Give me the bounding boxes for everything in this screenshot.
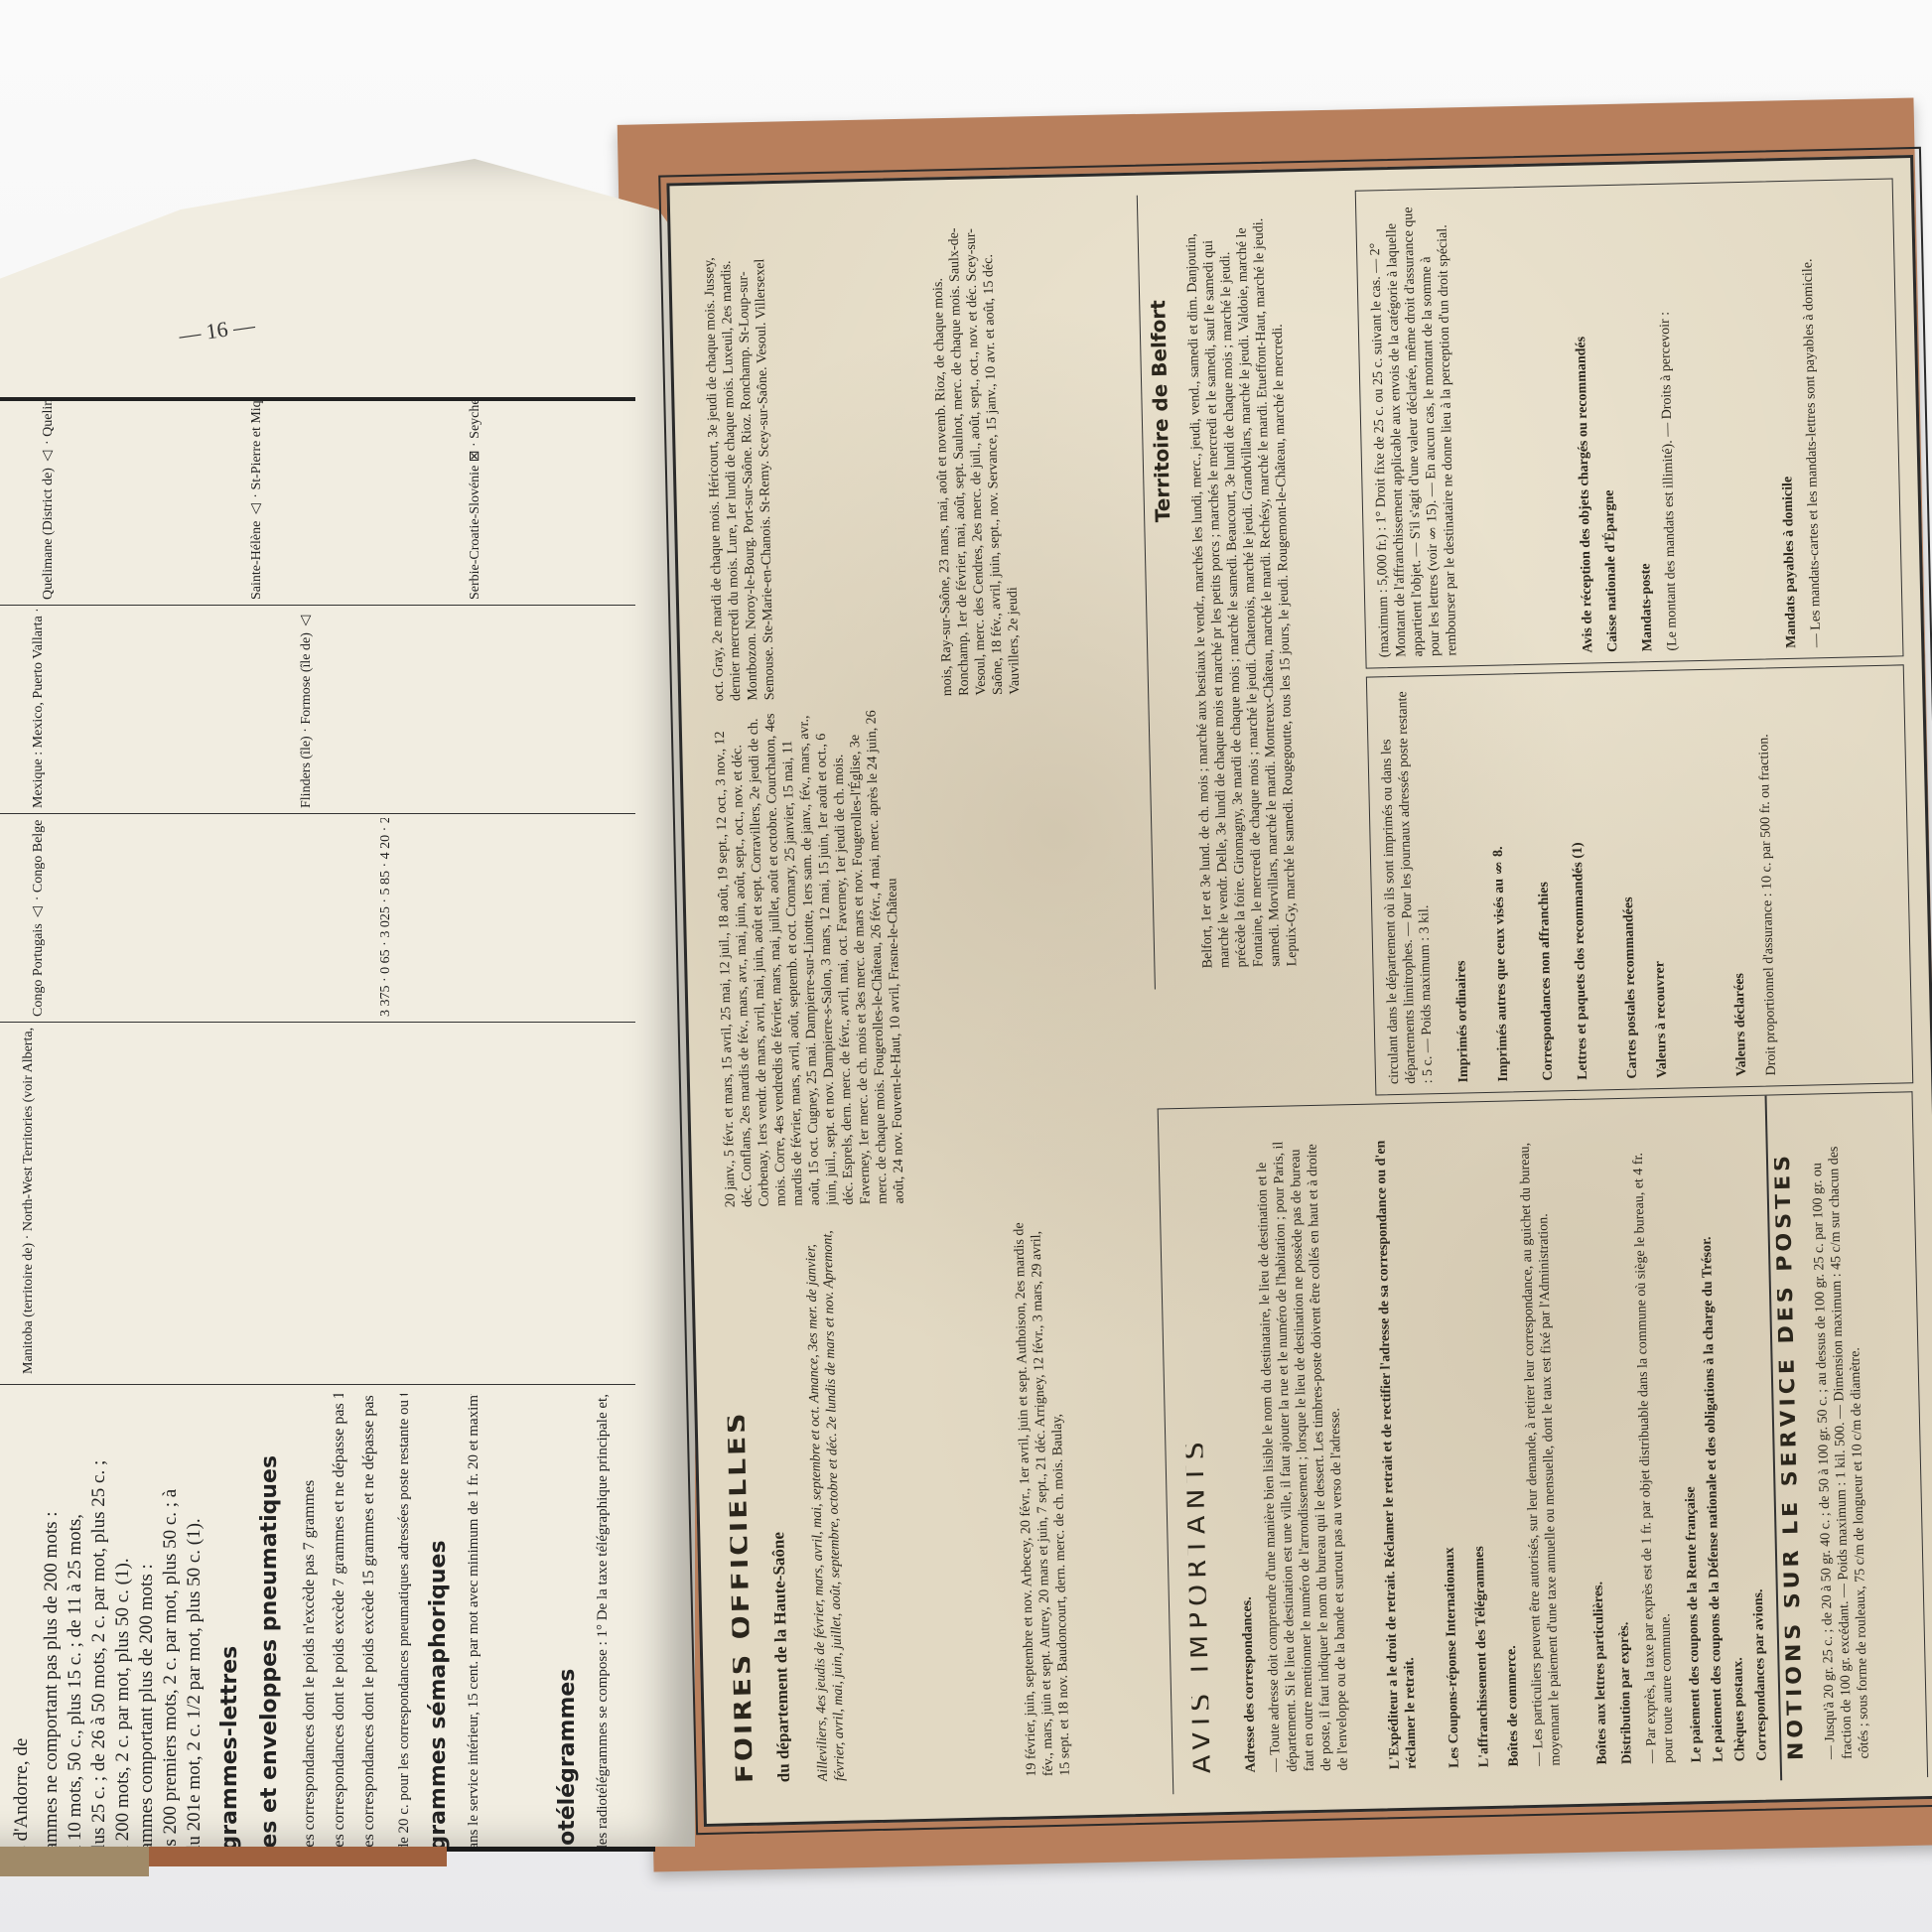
telegram-rates-6: Pour les 200 premiers mots, 2 c. par mot… (159, 1404, 183, 1900)
rule-caisse-epargne: Caisse nationale d'Épargne (1594, 196, 1621, 652)
foires-title: FOIRES OFFICIELLES (723, 1227, 753, 1783)
avis-item-coupons: Les Coupons-réponse Internationaux (1432, 1133, 1463, 1768)
telegram-rates-1: Télégrammes ne comportant pas plus de 20… (40, 1404, 64, 1900)
country-table-row-2: Mexique : Mexico, Puerto Vallarta · Midw… (0, 610, 635, 814)
country-table-row-1: Quelimane (District de) △ · Quelimane · … (0, 401, 635, 606)
heading-pneumatiques: Cartes et enveloppes pneumatiques (258, 1404, 282, 1900)
foires-entry: mois, Ray-sur-Saône, 23 mars, mai, août … (928, 215, 1128, 696)
right-page: FOIRES OFFICIELLES du département de la … (666, 155, 1932, 1827)
foires-entry: oct. Gray, 2e mardi de chaque mois. Héri… (700, 220, 929, 702)
pneumatique-row-a: A Pour les correspondances dont le poids… (298, 1404, 322, 1900)
rates-col: 3 375 · 0 65 · 3 025 · 5 85 · 4 20 · 2 2… (377, 818, 394, 1017)
heading-radiotelegrammes: Radiotélégrammes (556, 1404, 580, 1900)
avis-item-boites-commerce-text: — Les particuliers peuvent être autorisé… (1516, 1130, 1586, 1766)
rule-mandats-domicile: Mandats payables à domicile (1773, 192, 1800, 648)
country-rate-table: Quelimane (District de) △ · Quelimane · … (0, 397, 635, 1914)
avis-item-telegrammes: L'affranchissement des Télégrammes (1461, 1132, 1493, 1767)
country-col: Mexique : Mexico, Puerto Vallarta · Midw… (30, 610, 47, 808)
rule-cartes-recommandees: Cartes postales recommandées (1615, 682, 1641, 1079)
foires-entry: 20 janv., 5 févr. et mars, 15 avril, 25 … (711, 702, 1139, 1207)
country-col: Quelimane (District de) △ · Quelimane · … (40, 401, 57, 600)
avis-importants-title: AVIS IMPORTANTS (1179, 1178, 1210, 1774)
country-table-row-3: Congo Portugais △ · Congo Belge · Cook o… (0, 818, 635, 1023)
belfort-text: Belfort, 1er et 3e lund. de ch. mois ; m… (1182, 210, 1348, 968)
andorre-line: Vallées d'Andorre, de (10, 1404, 34, 1900)
belfort-title: Territoire de Belfort (1148, 224, 1172, 522)
postal-rules-panel-middle: circulant dans le département où ils son… (1366, 664, 1913, 1095)
notions-panel: Boîtes aux lettres particulières. Distri… (1575, 1091, 1929, 1785)
rule-envois-remboursement: (maximum : 5,000 fr.) : 1° Droit fixe de… (1366, 197, 1575, 657)
rule-mandats-domicile-text: — Les mandats-cartes et les mandats-lett… (1798, 190, 1897, 648)
telegram-rates-3: 50 c. plus 25 c. ; de 26 à 50 mots, 2 c.… (87, 1404, 111, 1900)
rule-imprimes-ordinaires: Imprimés ordinaires (1447, 685, 1472, 1082)
rule-imprimes-autres: Imprimés autres que ceux visés au § 8. (1486, 684, 1512, 1081)
foires-entry: Ailleviliers, 4es jeudis de février, mar… (802, 1221, 1014, 1781)
left-page: — 16 — Quelimane (District de) △ · Queli… (0, 159, 695, 1847)
country-table-row-4: Manitoba (territoire de) · North-West Te… (0, 1027, 635, 1385)
pneumatique-row-c: C Pour les correspondances dont le poids… (357, 1404, 381, 1900)
country-col: Sainte-Hélène △ · St-Pierre et Miquelon … (248, 401, 265, 600)
telegram-rates-7: partir du 201e mot, 2 c. 1/2 par mot, pl… (183, 1404, 207, 1900)
rule-lettres-recommandees: Lettres et paquets clos recommandés (1) (1566, 683, 1591, 1080)
rule-correspondances-non-affranchies: Correspondances non affranchies (1531, 683, 1557, 1080)
belfort-panel: Territoire de Belfort Belfort, 1er et 3e… (1137, 191, 1354, 989)
country-col: Manitoba (territoire de) · North-West Te… (20, 1027, 37, 1374)
avis-item-expediteur: L'Expéditeur a le droit de retrait. Récl… (1372, 1133, 1437, 1769)
rule-avis-reception: Avis de réception des objets chargés ou … (1570, 196, 1596, 652)
country-col: Serbie-Croatie-Slovénie ⊠ · Seychelles △… (467, 401, 483, 600)
country-col: Flinders (île) · Formose (île de) △ · Gi… (298, 610, 315, 808)
avis-importants-panel: AVIS IMPORTANTS Adresse des correspondan… (1158, 1099, 1591, 1794)
telegram-rates-5: Télégrammes comportant plus de 200 mots … (135, 1404, 159, 1900)
foires-entry: 19 février, juin, septembre et nov. Arbe… (1011, 1218, 1153, 1777)
rule-mandats-poste-text: (Le montant des mandats est illimité). —… (1654, 195, 1681, 651)
telegram-rates-2: Jusqu'à 10 mots, 50 c., plus 15 c. ; de … (64, 1404, 87, 1900)
rule-demi-tarif: circulant dans le département où ils son… (1377, 686, 1446, 1084)
telegram-section: Vallées d'Andorre, de Télégrammes ne com… (0, 1394, 635, 1910)
page-number: — 16 — (178, 313, 257, 348)
foires-subtitle: du département de la Haute-Saône (762, 1226, 792, 1782)
pneumatique-surtaxe: Surtaxe de 20 c. pour les correspondance… (392, 1404, 416, 1900)
radiotelegrammes-text: La taxe des radiotélégrammes se compose … (591, 1404, 615, 1900)
country-col: Congo Portugais △ · Congo Belge · Cook o… (30, 818, 47, 1017)
rule-valeurs-declarees-text: Droit proportionnel d'assurance : 10 c. … (1754, 676, 1902, 1076)
rule-valeurs-declarees: Valeurs déclarées (1725, 679, 1750, 1076)
foires-panel: FOIRES OFFICIELLES du département de la … (680, 196, 1163, 1804)
notions-lettres: — Jusqu'à 20 gr. 25 c. ; de 20 à 50 gr. … (1808, 1122, 1921, 1759)
telegram-rates-4: de 51 à 200 mots, 2 c. par mot, plus 50 … (111, 1404, 135, 1900)
rule-mandats-poste: Mandats-poste (1629, 195, 1656, 651)
rule-valeurs-recouvrer: Valeurs à recouvrer (1645, 681, 1671, 1078)
avis-item-adresse-text: — Toute adresse doit comprendre d'une ma… (1253, 1135, 1376, 1772)
heading-telegrammes-lettres: Télégrammes-lettres (218, 1404, 242, 1900)
postal-rules-panel-top: (maximum : 5,000 fr.) : 1° Droit fixe de… (1355, 178, 1904, 668)
heading-semaphoriques: Télégrammes sémaphoriques (427, 1404, 451, 1900)
semaphoriques-text: Taxe : Dans le service intérieur, 15 cen… (462, 1404, 485, 1900)
pneumatique-row-b: B Pour les correspondances dont le poids… (328, 1404, 351, 1900)
